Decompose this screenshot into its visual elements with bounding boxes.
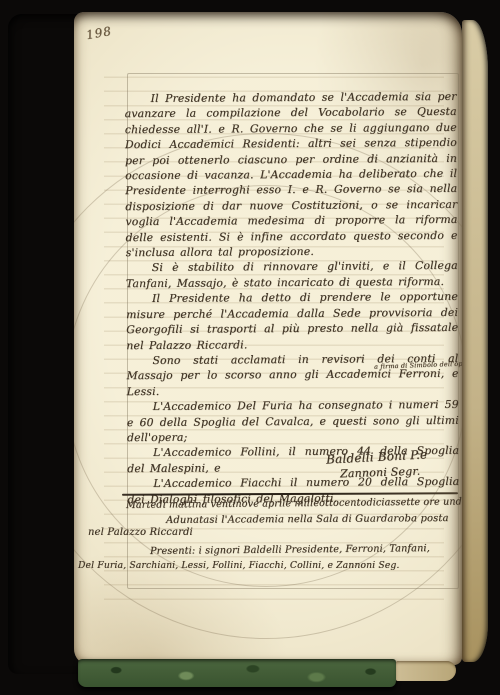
session-line-luogo: nel Palazzo Riccardi xyxy=(88,527,193,538)
manuscript-page: 198 Il Presidente ha domandato se l'Acca… xyxy=(74,12,462,665)
cover-marble-edge xyxy=(78,659,396,687)
manuscript-text-block: Il Presidente ha domandato se l'Accademi… xyxy=(125,89,460,507)
secretary-signature: Zannoni Segr. xyxy=(340,465,421,481)
session-line-presenti-continued: Del Furia, Sarchiani, Lessi, Follini, Fi… xyxy=(78,560,400,571)
session-line-adunanza: Adunatasi l'Accademia nella Sala di Guar… xyxy=(166,513,449,526)
manuscript-paragraph: Il Presidente ha detto di prendere le op… xyxy=(126,289,458,353)
manuscript-paragraph: Si è stabilito di rinnovare gl'inviti, e… xyxy=(126,258,458,291)
adjacent-page-sliver xyxy=(462,20,488,662)
manuscript-paragraph: Sono stati acclamati in revisori dei con… xyxy=(126,351,458,400)
manuscript-paragraph: L'Accademico Del Furia ha consegnato i n… xyxy=(127,397,459,446)
photo-background: 198 Il Presidente ha domandato se l'Acca… xyxy=(0,0,500,695)
page-number: 198 xyxy=(85,24,113,42)
manuscript-paragraph: Il Presidente ha domandato se l'Accademi… xyxy=(125,89,458,261)
cover-corner xyxy=(396,661,456,681)
